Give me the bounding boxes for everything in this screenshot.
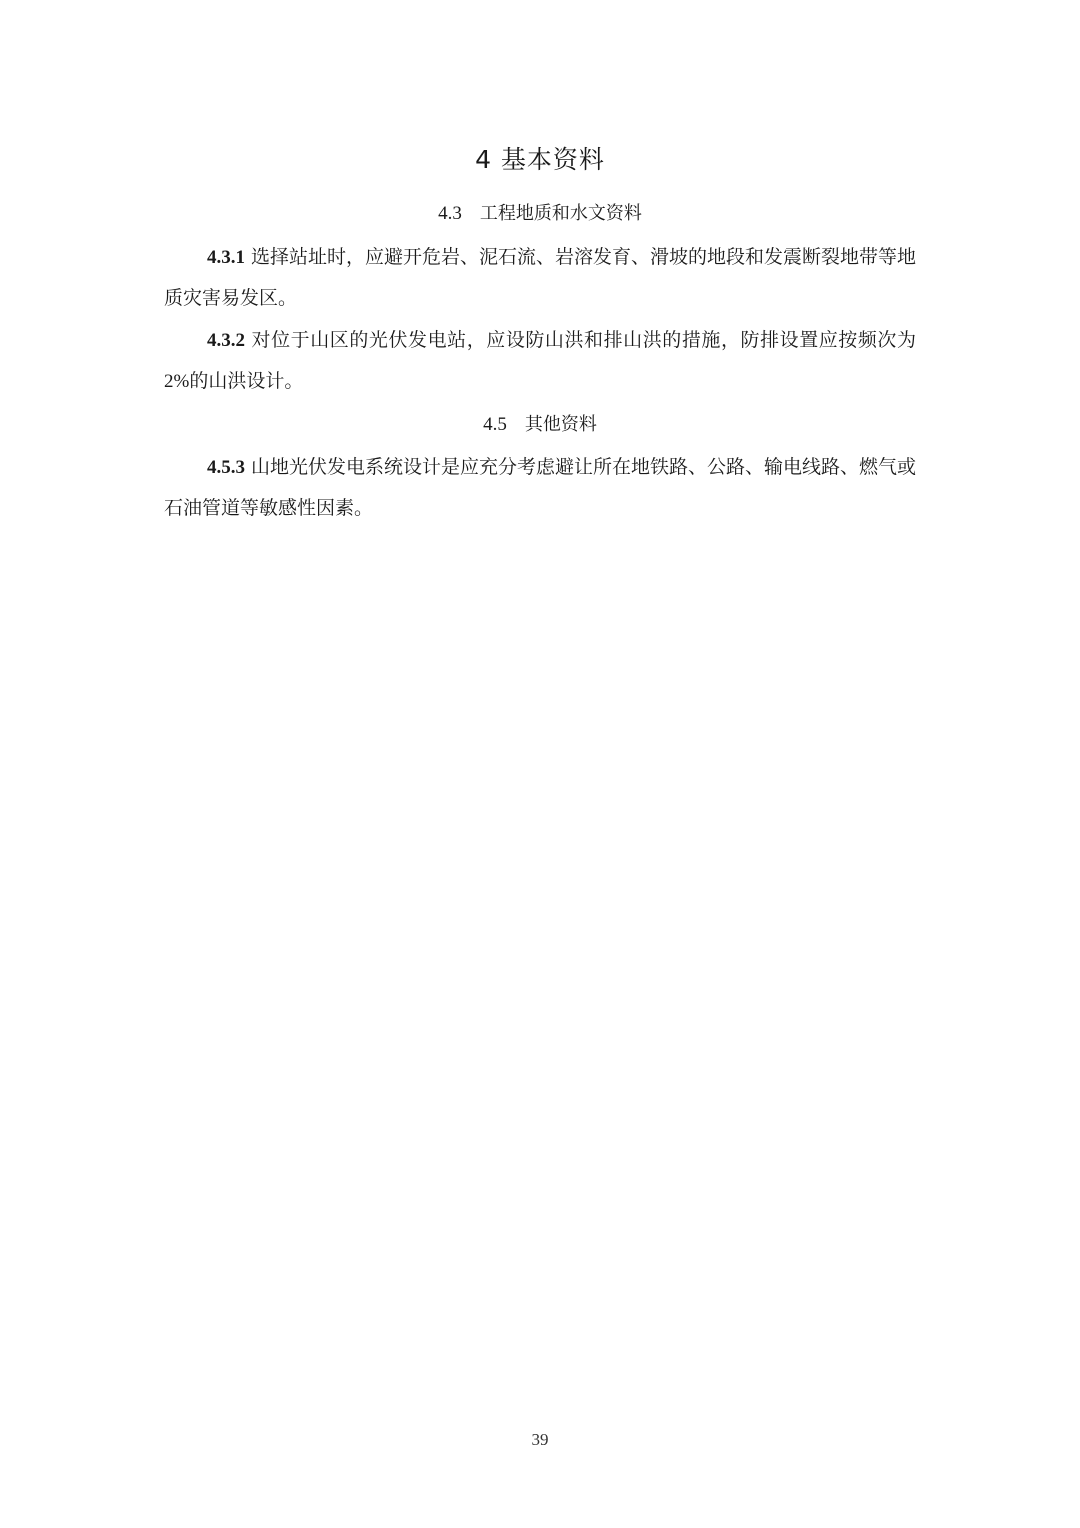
section-heading-4-3: 4.3工程地质和水文资料	[0, 199, 1080, 229]
section-title-text: 其他资料	[525, 414, 597, 435]
section-number: 4.3	[438, 203, 462, 224]
section-number: 4.5	[483, 414, 507, 435]
section-heading-4-5: 4.5其他资料	[0, 410, 1080, 440]
clause-number: 4.3.2	[207, 330, 245, 351]
clause-text: 山地光伏发电系统设计是应充分考虑避让所在地铁路、公路、输电线路、燃气或石油管道等…	[164, 457, 916, 519]
clause-number: 4.5.3	[207, 457, 245, 478]
clause-number: 4.3.1	[207, 247, 245, 268]
clause-text: 选择站址时，应避开危岩、泥石流、岩溶发育、滑坡的地段和发震断裂地带等地质灾害易发…	[164, 247, 916, 309]
clause-text: 对位于山区的光伏发电站，应设防山洪和排山洪的措施，防排设置应按频次为 2%的山洪…	[164, 330, 916, 392]
chapter-title: 4 基本资料	[0, 140, 1080, 180]
clause-4-5-3: 4.5.3山地光伏发电系统设计是应充分考虑避让所在地铁路、公路、输电线路、燃气或…	[164, 447, 916, 529]
section-title-text: 工程地质和水文资料	[480, 203, 642, 224]
page-number: 39	[0, 1428, 1080, 1452]
clause-4-3-1: 4.3.1选择站址时，应避开危岩、泥石流、岩溶发育、滑坡的地段和发震断裂地带等地…	[164, 237, 916, 319]
clause-4-3-2: 4.3.2对位于山区的光伏发电站，应设防山洪和排山洪的措施，防排设置应按频次为 …	[164, 320, 916, 402]
document-page: 4 基本资料 4.3工程地质和水文资料 4.3.1选择站址时，应避开危岩、泥石流…	[0, 0, 1080, 1528]
